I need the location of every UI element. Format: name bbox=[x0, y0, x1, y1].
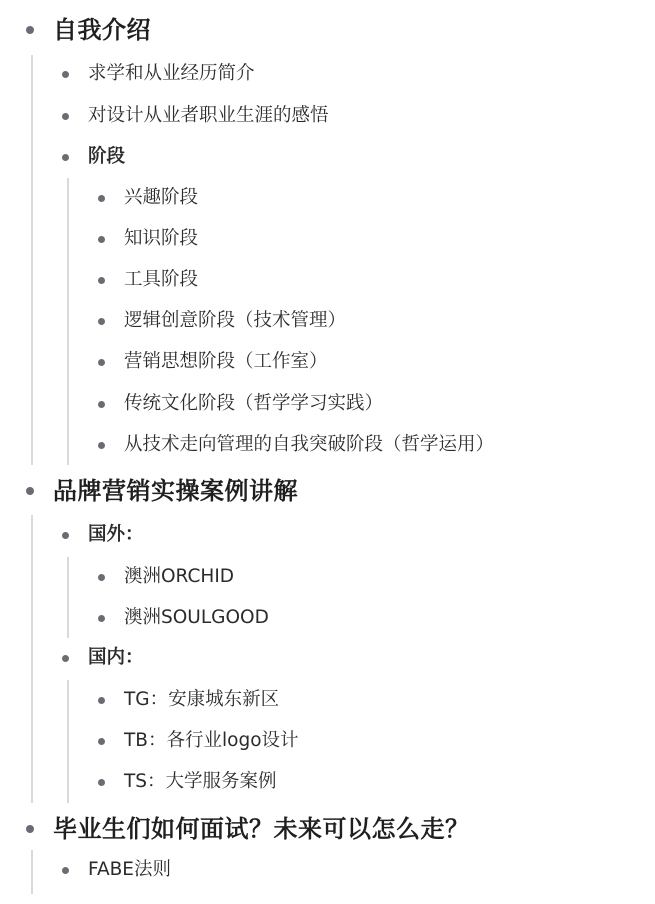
bullet-icon[interactable] bbox=[98, 779, 105, 786]
subitem-text: TS：大学服务案例 bbox=[124, 762, 277, 802]
item-text: 对设计从业者职业生涯的感悟 bbox=[88, 96, 329, 136]
bullet-icon[interactable] bbox=[26, 825, 34, 833]
bullet-icon[interactable] bbox=[62, 154, 69, 161]
bullet-icon[interactable] bbox=[62, 71, 69, 78]
bullet-icon[interactable] bbox=[26, 487, 34, 495]
bullet-icon[interactable] bbox=[98, 195, 105, 202]
section-3-guide-line bbox=[31, 850, 33, 894]
heading-text: 自我介绍 bbox=[53, 10, 151, 50]
item-text: 国内： bbox=[88, 638, 144, 678]
section-1-guide-line bbox=[31, 55, 33, 465]
bullet-icon[interactable] bbox=[98, 574, 105, 581]
item-text: 国外： bbox=[88, 515, 144, 555]
subitem-text: 知识阶段 bbox=[124, 219, 198, 259]
bullet-icon[interactable] bbox=[62, 113, 69, 120]
bullet-icon[interactable] bbox=[98, 615, 105, 622]
subitem-text: 从技术走向管理的自我突破阶段（哲学运用） bbox=[124, 425, 494, 465]
heading-text: 品牌营销实操案例讲解 bbox=[53, 471, 298, 511]
section-2-guide-line bbox=[31, 515, 33, 803]
bullet-icon[interactable] bbox=[98, 697, 105, 704]
subitem-text: 营销思想阶段（工作室） bbox=[124, 342, 328, 382]
subitem-text: 兴趣阶段 bbox=[124, 178, 198, 218]
subitem-text: TB：各行业logo设计 bbox=[124, 721, 299, 761]
subitem-text: TG：安康城东新区 bbox=[124, 680, 279, 720]
subitem-text: 澳洲ORCHID bbox=[124, 557, 234, 597]
item-text: FABE法则 bbox=[88, 850, 171, 890]
bullet-icon[interactable] bbox=[98, 277, 105, 284]
stages-guide-line bbox=[67, 178, 69, 465]
item-text: 求学和从业经历简介 bbox=[88, 54, 255, 94]
domestic-guide-line bbox=[67, 680, 69, 803]
subitem-text: 澳洲SOULGOOD bbox=[124, 598, 269, 638]
bullet-icon[interactable] bbox=[98, 236, 105, 243]
subitem-text: 工具阶段 bbox=[124, 260, 198, 300]
bullet-icon[interactable] bbox=[62, 532, 69, 539]
bullet-icon[interactable] bbox=[98, 359, 105, 366]
bullet-icon[interactable] bbox=[26, 26, 34, 34]
subitem-text: 逻辑创意阶段（技术管理） bbox=[124, 301, 346, 341]
subitem-text: 传统文化阶段（哲学学习实践） bbox=[124, 384, 383, 424]
heading-text: 毕业生们如何面试？未来可以怎么走？ bbox=[53, 809, 470, 849]
bullet-icon[interactable] bbox=[98, 738, 105, 745]
overseas-guide-line bbox=[67, 557, 69, 638]
bullet-icon[interactable] bbox=[98, 401, 105, 408]
item-text: 阶段 bbox=[88, 137, 125, 177]
bullet-icon[interactable] bbox=[62, 655, 69, 662]
bullet-icon[interactable] bbox=[62, 867, 69, 874]
bullet-icon[interactable] bbox=[98, 318, 105, 325]
bullet-icon[interactable] bbox=[98, 442, 105, 449]
